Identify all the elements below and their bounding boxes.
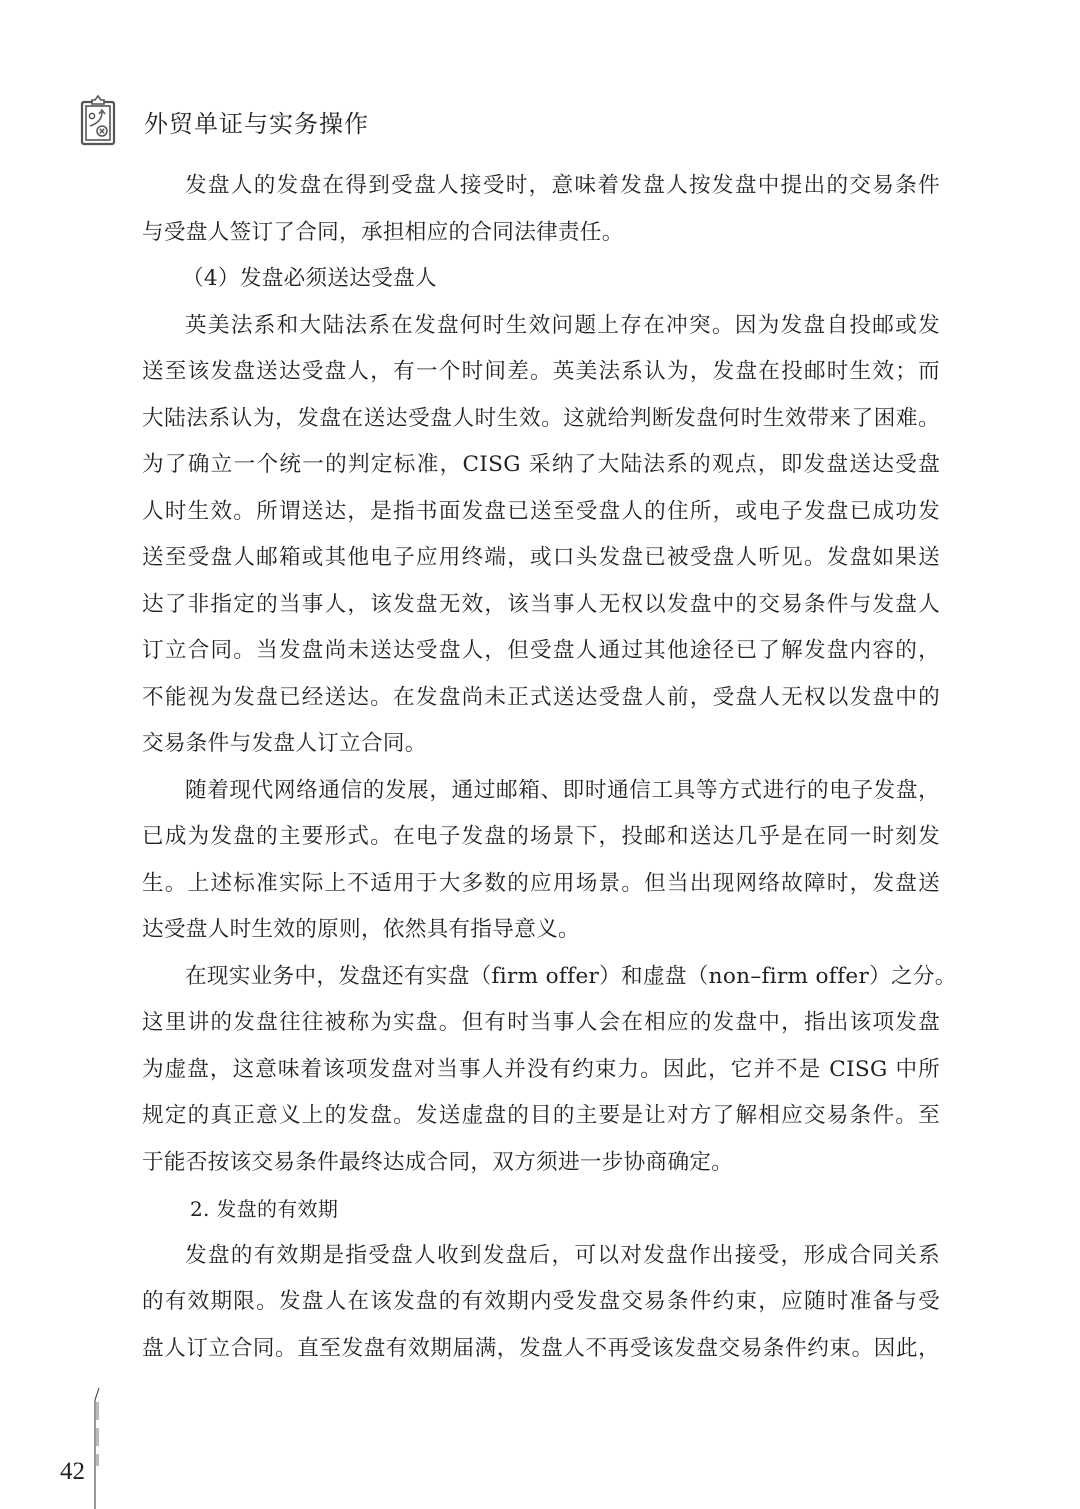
text-line: 发盘人的发盘在得到受盘人接受时，意味着发盘人按发盘中提出的交易条件 <box>142 163 940 210</box>
text-line: 达受盘人时生效的原则，依然具有指导意义。 <box>142 907 940 954</box>
running-header: 外贸单证与实务操作 <box>80 94 116 146</box>
text-line: 人时生效。所谓送达，是指书面发盘已送至受盘人的住所，或电子发盘已成功发 <box>142 489 940 536</box>
text-line: 达了非指定的当事人，该发盘无效，该当事人无权以发盘中的交易条件与发盘人 <box>142 582 940 629</box>
section-heading: （4）发盘必须送达受盘人 <box>142 256 940 303</box>
text-line: 为虚盘，这意味着该项发盘对当事人并没有约束力。因此，它并不是 CISG 中所 <box>142 1047 940 1094</box>
text-line: 交易条件与发盘人订立合同。 <box>142 721 940 768</box>
text-line: 这里讲的发盘往往被称为实盘。但有时当事人会在相应的发盘中，指出该项发盘 <box>142 1000 940 1047</box>
text-line: 英美法系和大陆法系在发盘何时生效问题上存在冲突。因为发盘自投邮或发 <box>142 303 940 350</box>
text-line: 送至该发盘送达受盘人，有一个时间差。英美法系认为，发盘在投邮时生效；而 <box>142 349 940 396</box>
text-line: 与受盘人签订了合同，承担相应的合同法律责任。 <box>142 210 940 257</box>
page-margin-rule <box>93 1386 105 1509</box>
text-line: 的有效期限。发盘人在该发盘的有效期内受发盘交易条件约束，应随时准备与受 <box>142 1279 940 1326</box>
text-line: 在现实业务中，发盘还有实盘（firm offer）和虚盘（non–firm of… <box>142 954 940 1001</box>
text-line: 大陆法系认为，发盘在送达受盘人时生效。这就给判断发盘何时生效带来了困难。 <box>142 396 940 443</box>
text-line: 随着现代网络通信的发展，通过邮箱、即时通信工具等方式进行的电子发盘， <box>142 768 940 815</box>
text-line: 送至受盘人邮箱或其他电子应用终端，或口头发盘已被受盘人听见。发盘如果送 <box>142 535 940 582</box>
section-heading: 2. 发盘的有效期 <box>142 1186 940 1233</box>
body-text: 发盘人的发盘在得到受盘人接受时，意味着发盘人按发盘中提出的交易条件与受盘人签订了… <box>142 163 940 1372</box>
page-number: 42 <box>60 1458 85 1486</box>
text-line: 已成为发盘的主要形式。在电子发盘的场景下，投邮和送达几乎是在同一时刻发 <box>142 814 940 861</box>
text-line: 订立合同。当发盘尚未送达受盘人，但受盘人通过其他途径已了解发盘内容的， <box>142 628 940 675</box>
text-line: 盘人订立合同。直至发盘有效期届满，发盘人不再受该发盘交易条件约束。因此， <box>142 1326 940 1373</box>
text-line: 不能视为发盘已经送达。在发盘尚未正式送达受盘人前，受盘人无权以发盘中的 <box>142 675 940 722</box>
book-title: 外贸单证与实务操作 <box>144 104 369 139</box>
text-line: 于能否按该交易条件最终达成合同，双方须进一步协商确定。 <box>142 1140 940 1187</box>
text-line: 规定的真正意义上的发盘。发送虚盘的目的主要是让对方了解相应交易条件。至 <box>142 1093 940 1140</box>
text-line: 发盘的有效期是指受盘人收到发盘后，可以对发盘作出接受，形成合同关系 <box>142 1233 940 1280</box>
text-line: 为了确立一个统一的判定标准，CISG 采纳了大陆法系的观点，即发盘送达受盘 <box>142 442 940 489</box>
clipboard-strategy-icon <box>80 94 116 146</box>
text-line: 生。上述标准实际上不适用于大多数的应用场景。但当出现网络故障时，发盘送 <box>142 861 940 908</box>
